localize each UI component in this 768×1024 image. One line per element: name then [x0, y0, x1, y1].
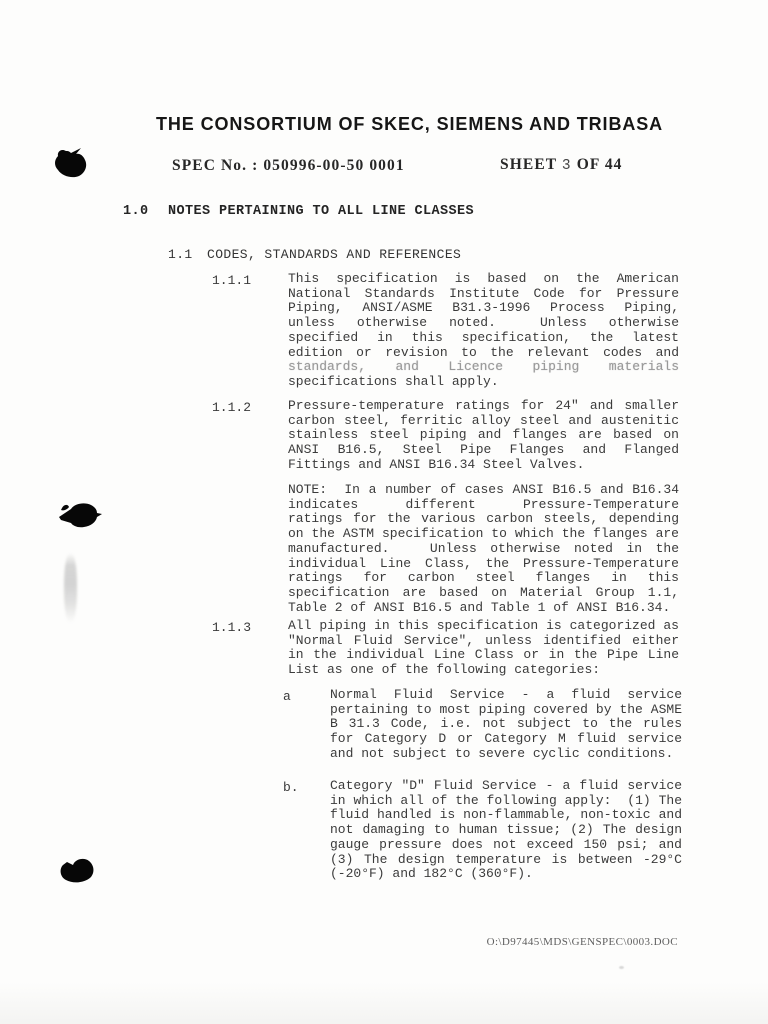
section-1-1-title: CODES, STANDARDS AND REFERENCES	[207, 247, 461, 262]
sheet-word: SHEET	[500, 156, 557, 173]
clause-1-1-3-number: 1.1.3	[212, 620, 251, 635]
note-paragraph: NOTE: In a number of cases ANSI B16.5 an…	[288, 483, 679, 615]
clause-1-1-1-number: 1.1.1	[212, 273, 251, 288]
clause-1-1-1-text-faded: standards, and Licence piping materials	[288, 359, 679, 374]
scanned-spec-page: THE CONSORTIUM OF SKEC, SIEMENS AND TRIB…	[0, 0, 768, 1024]
section-1-1-heading: 1.1CODES, STANDARDS AND REFERENCES	[168, 247, 461, 262]
list-item-a-text: Normal Fluid Service - a fluid service p…	[330, 688, 682, 762]
spec-number: SPEC No. : 050996-00-50 0001	[172, 157, 405, 175]
ink-blot-top-icon	[52, 146, 90, 180]
list-item-b-marker: b.	[283, 780, 299, 795]
document-title: THE CONSORTIUM OF SKEC, SIEMENS AND TRIB…	[156, 114, 663, 135]
section-1-0-heading: 1.0NOTES PERTAINING TO ALL LINE CLASSES	[123, 204, 474, 219]
ink-blot-bottom-icon	[57, 856, 95, 884]
clause-1-1-1-text: This specification is based on the Ameri…	[288, 272, 679, 390]
clause-1-1-1-text-start: This specification is based on the Ameri…	[288, 271, 679, 360]
list-item-b-text: Category "D" Fluid Service - a fluid ser…	[330, 779, 682, 882]
section-1-1-number: 1.1	[168, 247, 207, 262]
footer-file-path: O:\D97445\MDS\GENSPEC\0003.DOC	[478, 936, 678, 948]
clause-1-1-1-text-end: specifications shall apply.	[288, 374, 499, 389]
scan-speck	[619, 966, 624, 969]
clause-1-1-2: 1.1.2 Pressure-temperature ratings for 2…	[212, 399, 679, 473]
list-item-a: a Normal Fluid Service - a fluid service…	[283, 688, 682, 762]
section-1-0-title: NOTES PERTAINING TO ALL LINE CLASSES	[168, 204, 474, 219]
list-item-b: b. Category "D" Fluid Service - a fluid …	[283, 779, 682, 882]
clause-1-1-2-text: Pressure-temperature ratings for 24" and…	[288, 399, 679, 473]
sheet-number: 3	[562, 158, 572, 174]
scanner-smudge	[64, 553, 77, 623]
sheet-indicator: SHEET 3 OF 44	[500, 156, 623, 174]
section-1-0-number: 1.0	[123, 204, 168, 219]
sheet-of-total: OF 44	[577, 156, 623, 173]
clause-1-1-3-text: All piping in this specification is cate…	[288, 619, 679, 678]
list-item-a-marker: a	[283, 689, 291, 704]
clause-1-1-1: 1.1.1 This specification is based on the…	[212, 272, 679, 390]
clause-1-1-3: 1.1.3 All piping in this specification i…	[212, 619, 679, 678]
ink-blot-middle-icon	[58, 502, 102, 530]
clause-1-1-2-number: 1.1.2	[212, 400, 251, 415]
